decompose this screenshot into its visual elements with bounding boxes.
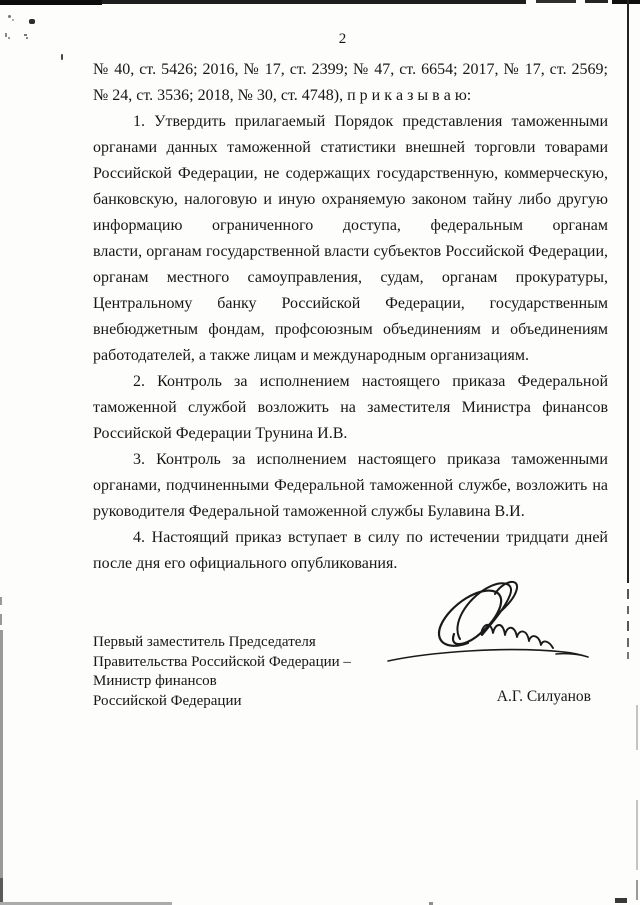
- scan-artifact-top-bar: [585, 0, 608, 3]
- scan-artifact-left-line: [0, 614, 2, 625]
- handwritten-signature: [368, 563, 598, 663]
- text-line: 3. Контроль за исполнением настоящего пр…: [93, 447, 608, 473]
- paragraph: № 40, ст. 5426; 2016, № 17, ст. 2399; № …: [93, 57, 608, 109]
- paragraph: 2. Контроль за исполнением настоящего пр…: [93, 369, 608, 447]
- scan-artifact-speck: [24, 34, 27, 36]
- text-line: органами данных таможенной статистики вн…: [93, 135, 608, 161]
- scan-artifact-speck: [26, 37, 28, 39]
- scan-artifact-speck: [29, 19, 35, 24]
- scan-artifact-right-line: [636, 800, 638, 870]
- text-line: внебюджетным фондам, профсоюзным объедин…: [93, 317, 608, 343]
- text-line: № 24, ст. 3536; 2018, № 30, ст. 4748), п…: [93, 83, 608, 109]
- scan-artifact-speck: [61, 54, 63, 60]
- scan-artifact-top-bar: [612, 0, 640, 4]
- document-body: № 40, ст. 5426; 2016, № 17, ст. 2399; № …: [93, 57, 608, 577]
- text-line: власти, органам государственной власти с…: [93, 239, 608, 265]
- scan-artifact-right-line: [627, 589, 629, 599]
- signer-title-line: Российской Федерации: [93, 692, 351, 712]
- scan-artifact-top-bar: [536, 0, 576, 3]
- scan-artifact-top-bar: [102, 0, 526, 4]
- scan-artifact-right-line: [627, 0, 629, 583]
- text-line: Центральному банку Российской Федерации,…: [93, 291, 608, 317]
- scan-artifact-left-line: [0, 878, 3, 905]
- scan-artifact-left-line: [0, 630, 3, 905]
- signer-title-line: Первый заместитель Председателя: [93, 633, 351, 653]
- text-line: органами, подчиненными Федеральной тамож…: [93, 473, 608, 499]
- scanned-document-page: 2 № 40, ст. 5426; 2016, № 17, ст. 2399; …: [0, 0, 640, 905]
- scan-artifact-speck: [8, 15, 11, 18]
- text-line: руководителя Федеральной таможенной служ…: [93, 499, 608, 525]
- text-line: 2. Контроль за исполнением настоящего пр…: [93, 369, 608, 395]
- text-line: информацию ограниченного доступа, федера…: [93, 213, 608, 239]
- scan-artifact-speck: [8, 37, 10, 39]
- text-line: № 40, ст. 5426; 2016, № 17, ст. 2399; № …: [93, 57, 608, 83]
- scan-artifact-right-line: [636, 880, 638, 900]
- text-line: банковскую, налоговую и иную охраняемую …: [93, 187, 608, 213]
- text-line: работодателей, а также лицам и междунаро…: [93, 343, 608, 369]
- scan-artifact-right-line: [627, 606, 629, 614]
- text-line: Российской Федерации Трунина И.В.: [93, 421, 608, 447]
- scan-artifact-right-line: [627, 638, 629, 647]
- scan-artifact-speck: [12, 19, 14, 21]
- signer-name: А.Г. Силуанов: [351, 688, 591, 706]
- scan-artifact-right-line: [636, 705, 638, 750]
- text-line: органам местного самоуправления, судам, …: [93, 265, 608, 291]
- signer-title-line: Правительства Российской Федерации –: [93, 653, 351, 673]
- text-line: 4. Настоящий приказ вступает в силу по и…: [93, 525, 608, 551]
- paragraph: 1. Утвердить прилагаемый Порядок предста…: [93, 109, 608, 369]
- page-number: 2: [43, 31, 640, 48]
- paragraph: 3. Контроль за исполнением настоящего пр…: [93, 447, 608, 525]
- scan-artifact-left-line: [0, 597, 2, 605]
- scan-artifact-speck: [5, 33, 7, 37]
- scan-artifact-top-bar: [0, 0, 102, 5]
- signer-title-line: Министр финансов: [93, 672, 351, 692]
- scan-artifact-right-line: [627, 652, 629, 659]
- scan-artifact-right-line: [627, 621, 629, 631]
- text-line: 1. Утвердить прилагаемый Порядок предста…: [93, 109, 608, 135]
- text-line: Российской Федерации, не содержащих госу…: [93, 161, 608, 187]
- scan-artifact-bottom-mark: [615, 898, 627, 903]
- signer-title: Первый заместитель ПредседателяПравитель…: [93, 633, 351, 711]
- text-line: таможенной службой возложить на заместит…: [93, 395, 608, 421]
